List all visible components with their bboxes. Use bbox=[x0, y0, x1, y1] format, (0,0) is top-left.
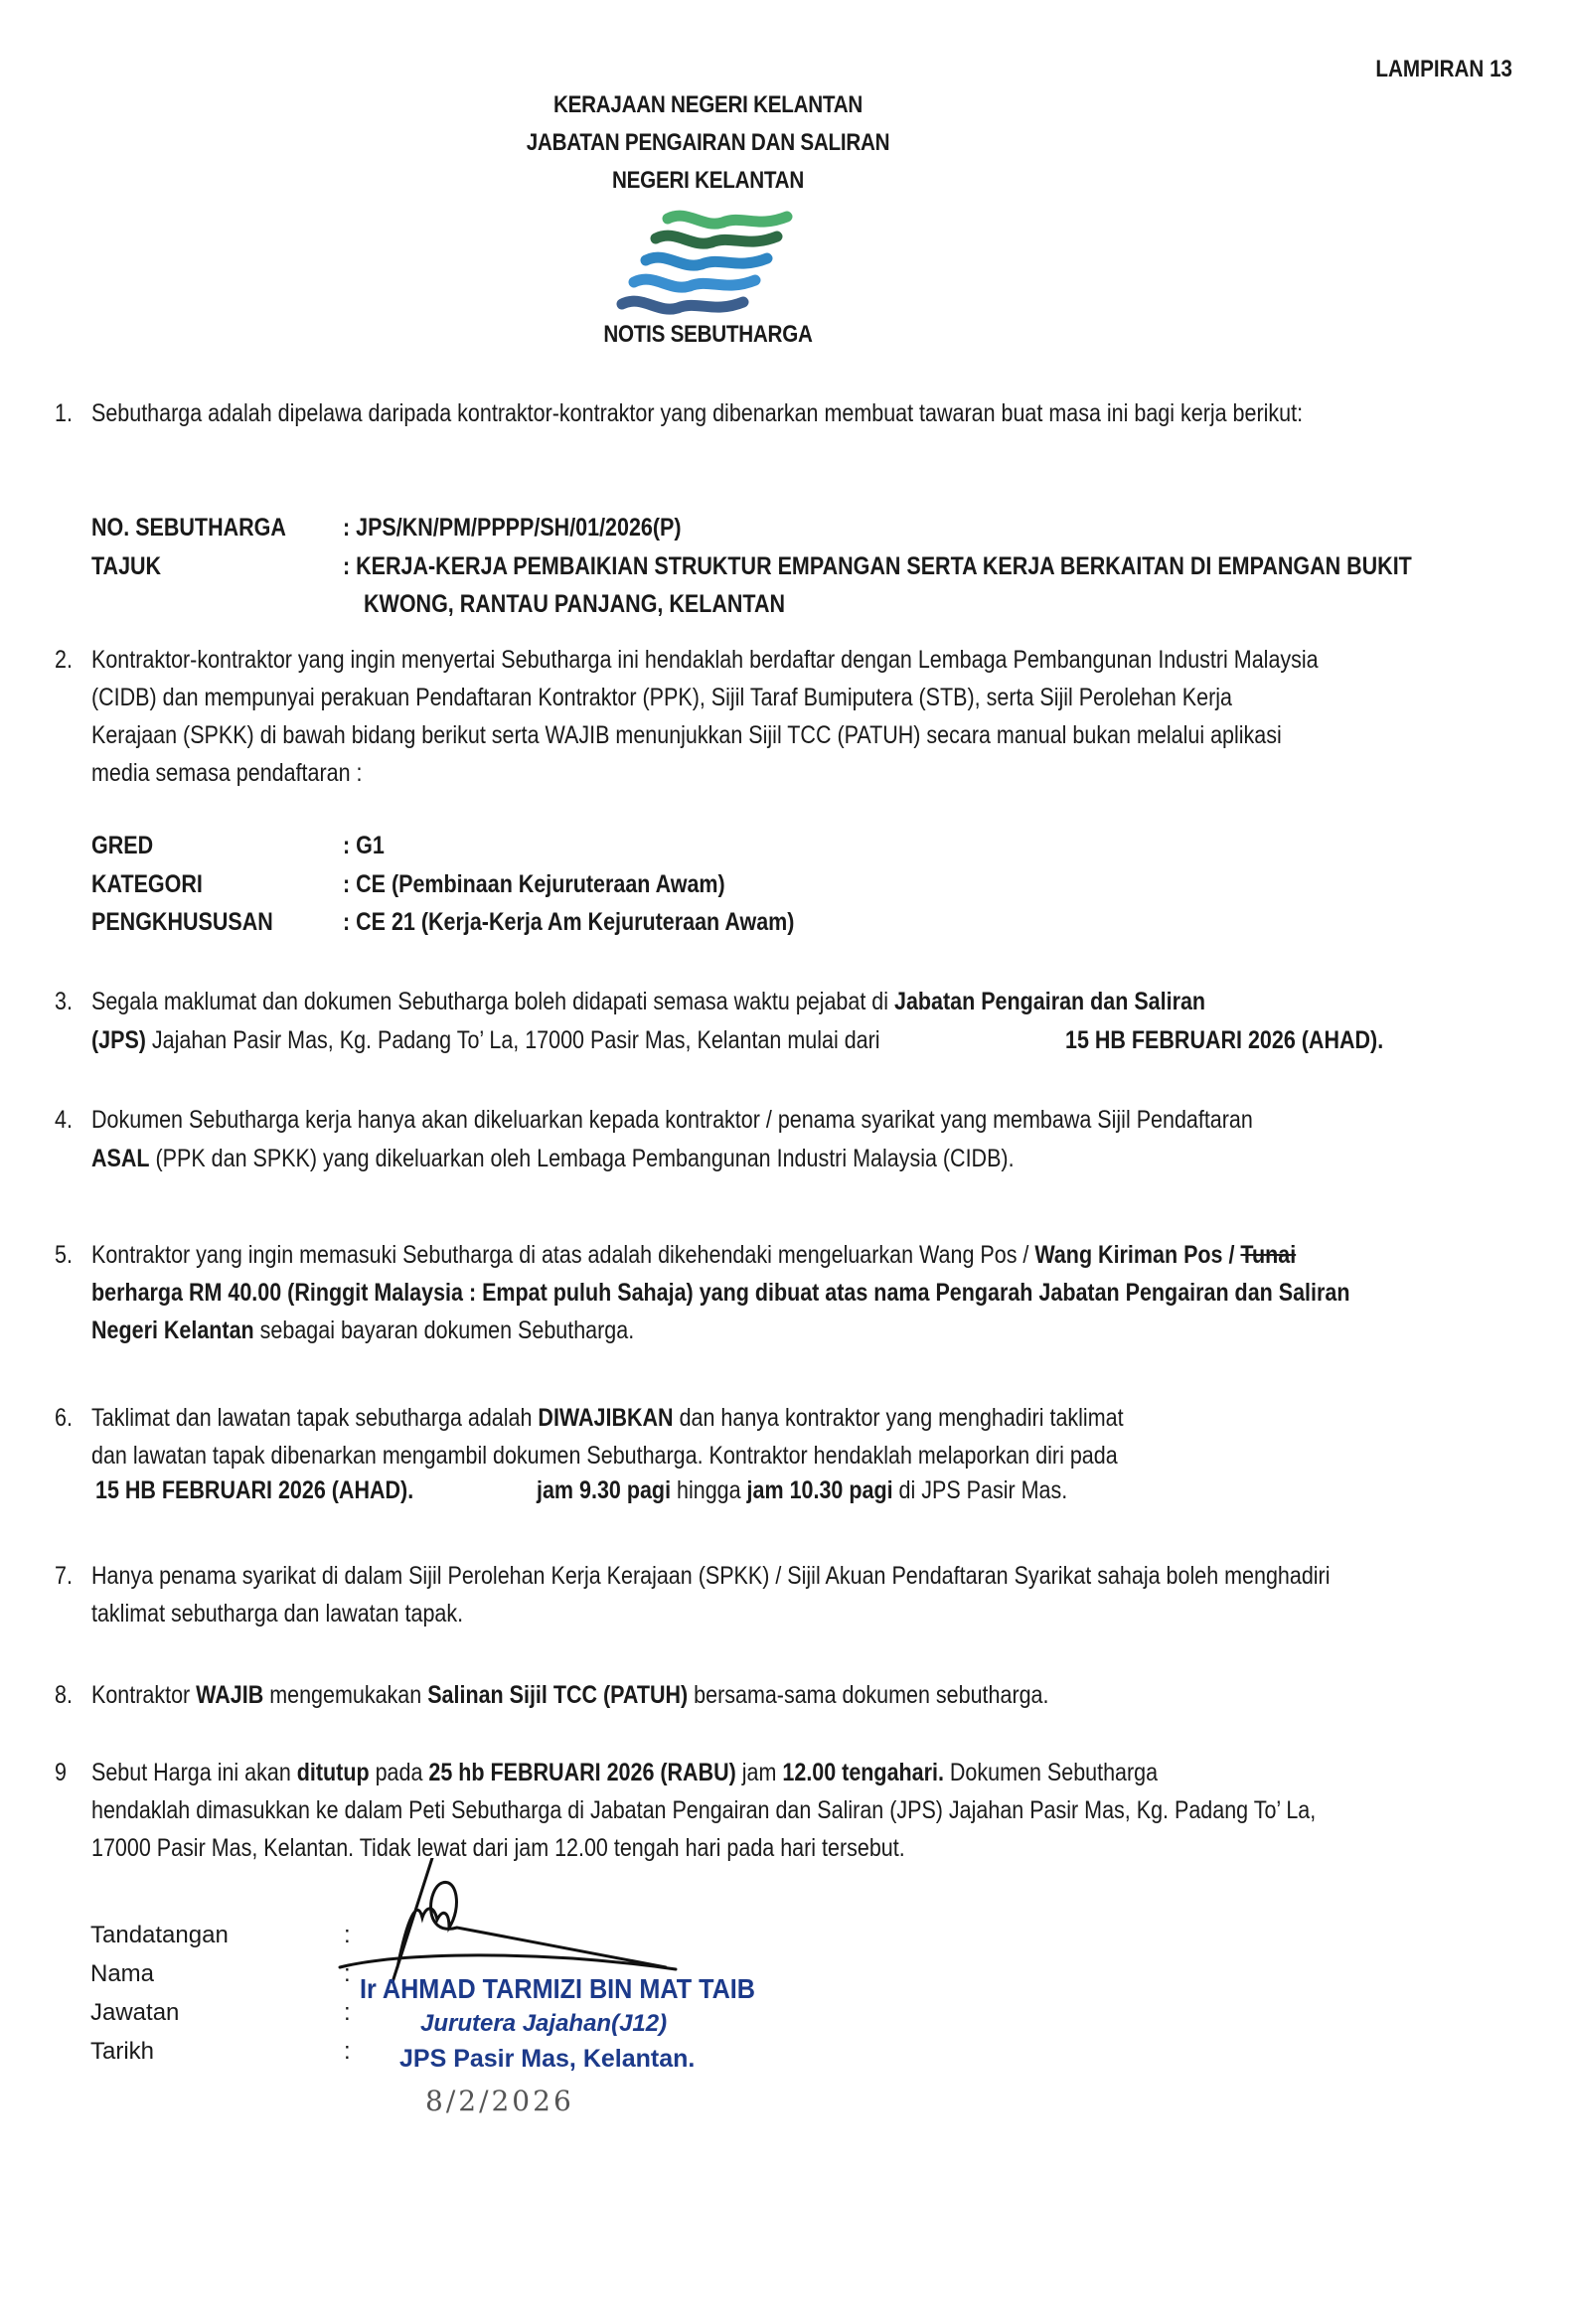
position-label: Jawatan bbox=[90, 1999, 179, 2027]
colon: : bbox=[344, 1999, 351, 2027]
item-2-line: Kerajaan (SPKK) di bawah bidang berikut … bbox=[91, 721, 1282, 750]
item-number: 2. bbox=[55, 646, 73, 675]
colon: : bbox=[344, 2038, 351, 2066]
item-number: 3. bbox=[55, 988, 73, 1016]
item-6-line: Taklimat dan lawatan tapak sebutharga ad… bbox=[91, 1404, 1124, 1433]
category-value: : CE (Pembinaan Kejuruteraan Awam) bbox=[343, 870, 725, 899]
item-6-time: jam 9.30 pagi hingga jam 10.30 pagi di J… bbox=[537, 1476, 1067, 1505]
item-4-line: Dokumen Sebutharga kerja hanya akan dike… bbox=[91, 1106, 1253, 1135]
department-heading: JABATAN PENGAIRAN DAN SALIRAN bbox=[99, 129, 1318, 157]
title-value-cont: KWONG, RANTAU PANJANG, KELANTAN bbox=[364, 590, 785, 619]
jps-waves-logo-icon bbox=[608, 207, 807, 326]
item-2-line: Kontraktor-kontraktor yang ingin menyert… bbox=[91, 646, 1319, 675]
item-6-line: dan lawatan tapak dibenarkan mengambil d… bbox=[91, 1442, 1118, 1471]
item-number: 6. bbox=[55, 1404, 73, 1433]
stamp-officer-name: Ir AHMAD TARMIZI BIN MAT TAIB bbox=[360, 1973, 755, 2005]
item-9-line: Sebut Harga ini akan ditutup pada 25 hb … bbox=[91, 1759, 1158, 1787]
quotation-number-value: : JPS/KN/PM/PPPP/SH/01/2026(P) bbox=[343, 514, 682, 542]
item-5-line: Negeri Kelantan sebagai bayaran dokumen … bbox=[91, 1317, 634, 1345]
item-2-line: media semasa pendaftaran : bbox=[91, 759, 362, 788]
item-number: 5. bbox=[55, 1241, 73, 1270]
item-number: 8. bbox=[55, 1681, 73, 1710]
item-7-line: Hanya penama syarikat di dalam Sijil Per… bbox=[91, 1562, 1331, 1591]
state-subheading: NEGERI KELANTAN bbox=[99, 167, 1318, 195]
state-government-heading: KERAJAAN NEGERI KELANTAN bbox=[99, 91, 1318, 119]
item-5-line: Kontraktor yang ingin memasuki Sebutharg… bbox=[91, 1241, 1296, 1270]
item-5-line: berharga RM 40.00 (Ringgit Malaysia : Em… bbox=[91, 1279, 1349, 1308]
item-6-date: 15 HB FEBRUARI 2026 (AHAD). bbox=[95, 1476, 413, 1505]
specialization-label: PENGKHUSUSAN bbox=[91, 908, 273, 937]
signature-icon bbox=[338, 1858, 715, 1987]
item-8-line: Kontraktor WAJIB mengemukakan Salinan Si… bbox=[91, 1681, 1048, 1710]
item-3-line: Segala maklumat dan dokumen Sebutharga b… bbox=[91, 988, 1205, 1016]
item-7-line: taklimat sebutharga dan lawatan tapak. bbox=[91, 1600, 463, 1628]
item-2-line: (CIDB) dan mempunyai perakuan Pendaftara… bbox=[91, 684, 1232, 712]
item-number: 9 bbox=[55, 1759, 67, 1787]
date-label: Tarikh bbox=[90, 2038, 154, 2066]
name-label: Nama bbox=[90, 1960, 154, 1988]
handwritten-date: 8/2/2026 bbox=[425, 2085, 574, 2117]
grade-label: GRED bbox=[91, 832, 153, 860]
notice-title: NOTIS SEBUTHARGA bbox=[99, 321, 1318, 349]
item-4-line: ASAL (PPK dan SPKK) yang dikeluarkan ole… bbox=[91, 1145, 1015, 1173]
title-value: : KERJA-KERJA PEMBAIKIAN STRUKTUR EMPANG… bbox=[343, 552, 1412, 581]
item-number: 1. bbox=[55, 399, 73, 428]
item-number: 7. bbox=[55, 1562, 73, 1591]
item-3-line: (JPS) Jajahan Pasir Mas, Kg. Padang To’ … bbox=[91, 1026, 880, 1055]
item-1-text: Sebutharga adalah dipelawa daripada kont… bbox=[91, 399, 1303, 428]
item-3-date: 15 HB FEBRUARI 2026 (AHAD). bbox=[1065, 1026, 1383, 1055]
item-9-line: hendaklah dimasukkan ke dalam Peti Sebut… bbox=[91, 1796, 1316, 1825]
grade-value: : G1 bbox=[343, 832, 385, 860]
stamp-officer-title: Jurutera Jajahan(J12) bbox=[420, 2010, 667, 2038]
stamp-office: JPS Pasir Mas, Kelantan. bbox=[399, 2045, 695, 2074]
item-number: 4. bbox=[55, 1106, 73, 1135]
signature-label: Tandatangan bbox=[90, 1922, 229, 1949]
title-label: TAJUK bbox=[91, 552, 161, 581]
quotation-number-label: NO. SEBUTHARGA bbox=[91, 514, 286, 542]
specialization-value: : CE 21 (Kerja-Kerja Am Kejuruteraan Awa… bbox=[343, 908, 794, 937]
category-label: KATEGORI bbox=[91, 870, 203, 899]
attachment-label: LAMPIRAN 13 bbox=[1375, 56, 1512, 83]
